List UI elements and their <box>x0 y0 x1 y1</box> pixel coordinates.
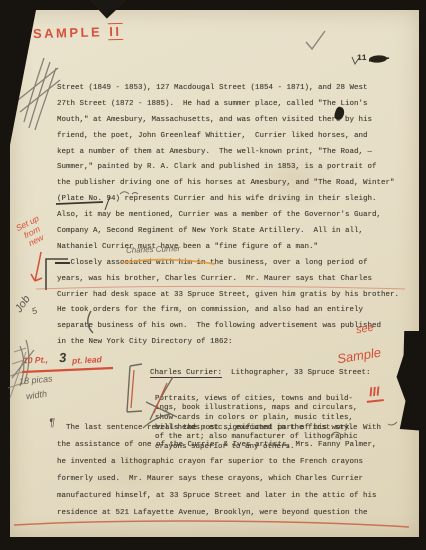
page-number: 11 <box>357 54 367 63</box>
sample-stamp: SAMPLE II <box>33 24 123 41</box>
sample-stamp-word: SAMPLE <box>33 24 103 41</box>
typed-line: He took orders for the firm, on commissi… <box>57 303 399 319</box>
typed-line: he invented a lithographic crayon far su… <box>57 454 381 471</box>
type-spec-lead-size: 3 <box>58 350 66 365</box>
typed-line: formerly used. Mr. Maurer says these cra… <box>57 471 381 488</box>
typed-line: Nathaniel Currier must have been a "fine… <box>57 240 399 256</box>
typed-line: 27th Street (1872 - 1885). He had a summ… <box>57 97 399 113</box>
advertisement-heading-rest: Lithographer, 33 Spruce Street: <box>222 369 371 377</box>
typed-line: kept a number of them at Amesbury. The w… <box>57 145 399 161</box>
typed-line: the publisher driving one of his horses … <box>57 176 399 192</box>
typed-line: Mouth," at Amesbury, Massachusetts, and … <box>57 113 399 129</box>
typed-line: ings, book illustrations, maps and circu… <box>155 404 371 414</box>
type-spec-note: 10 Pt., <box>23 355 48 366</box>
type-spec-note-2: pt. lead <box>72 354 102 366</box>
see-sample-note-numeral: III <box>365 383 384 403</box>
typed-line: The last sentence reveals the most signi… <box>57 420 381 437</box>
typed-line: Summer," painted by R. A. Clark and publ… <box>57 160 399 176</box>
typed-line: (Plate No. 94) represents Currier and hi… <box>57 192 399 208</box>
typed-line: Street (1849 - 1853), 127 Macdougal Stre… <box>57 81 399 97</box>
typed-line: manufactured himself, at 33 Spruce Stree… <box>57 488 381 505</box>
typed-line: the assistance of one of the Currier & I… <box>57 437 381 454</box>
closing-paragraph: The last sentence reveals the most signi… <box>57 420 381 522</box>
typed-line: residence at 521 Lafayette Avenue, Brook… <box>57 505 381 522</box>
typed-line: Company A, Second Regiment of New York S… <box>57 224 399 240</box>
scanned-manuscript-page: 11 Street (1849 - 1853), 127 Macdougal S… <box>0 0 426 550</box>
sample-stamp-numeral: II <box>108 23 123 40</box>
charles-currier-insertion-note: Charles Currier <box>126 244 181 255</box>
advertisement-label: Charles Currier: <box>150 369 222 378</box>
typed-line: Also, it may be mentioned, Currier was a… <box>57 208 399 224</box>
advertisement-heading-line: Charles Currier: Lithographer, 33 Spruce… <box>150 369 371 379</box>
typed-line: years, was his brother, Charles Currier.… <box>57 272 399 288</box>
body-paragraphs: Street (1849 - 1853), 127 Macdougal Stre… <box>57 81 399 351</box>
typed-line: Portraits, views of cities, towns and bu… <box>155 395 371 405</box>
typed-line: Currier had desk space at 33 Spruce Stre… <box>57 288 399 304</box>
typed-line: separate business of his own. The follow… <box>57 319 399 335</box>
typed-line: Closely associated with him in the busin… <box>57 256 399 272</box>
typed-line: friend, the poet, John Greenleaf Whittie… <box>57 129 399 145</box>
